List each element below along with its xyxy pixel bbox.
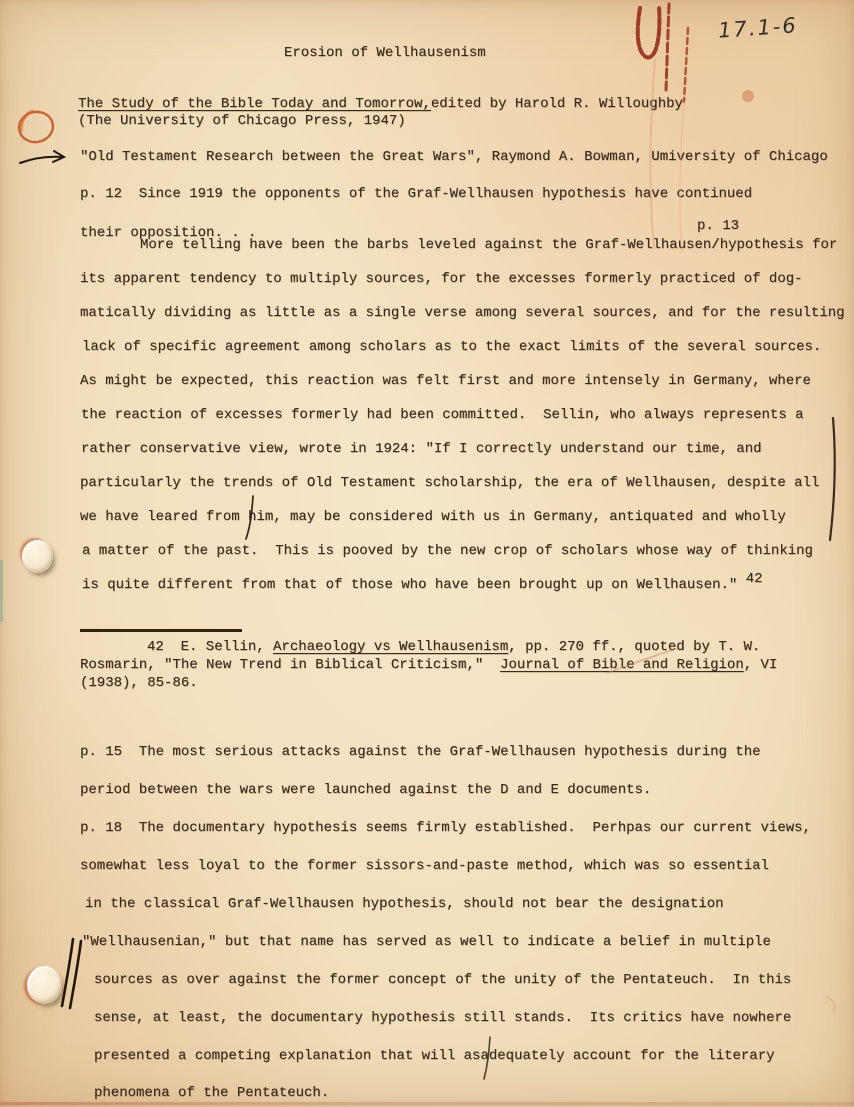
footnote-line2-pre: Rosmarin, "The New Trend in Biblical Cri… — [80, 657, 500, 673]
handwritten-arrow — [20, 151, 64, 163]
text-line: lack of specific agreement among scholar… — [82, 340, 821, 355]
footnote-line: Rosmarin, "The New Trend in Biblical Cri… — [80, 658, 777, 673]
text-line: More telling have been the barbs leveled… — [140, 238, 837, 253]
scan-edge-artifact — [0, 1102, 854, 1105]
text-line: particularly the trends of Old Testament… — [80, 476, 819, 491]
text-line: rather conservative view, wrote in 1924:… — [81, 442, 762, 457]
handwritten-page-number: 17.1-6 — [717, 13, 798, 43]
text-line: "Wellhausenian," but that name has serve… — [82, 935, 771, 950]
text-line: phenomena of the Pentateuch. — [94, 1086, 329, 1101]
red-circle-mark — [16, 109, 55, 145]
footnote-after-title: , pp. 270 ff., quoted by T. W. — [508, 639, 760, 655]
book-citation-line: The Study of the Bible Today and Tomorro… — [78, 97, 683, 112]
text-line: matically dividing as little as a single… — [80, 306, 845, 321]
text-line: presented a competing explanation that w… — [94, 1049, 775, 1064]
faint-ink-scratch — [826, 996, 835, 1013]
text-line: sources as over against the former conce… — [94, 973, 791, 988]
footnote-lead: 42 E. Sellin, — [147, 639, 273, 655]
book-editor: edited by Harold R. Willoughby — [431, 96, 683, 112]
punch-hole — [27, 966, 62, 1004]
footnote-reference: 42 — [746, 571, 763, 587]
text-line: As might be expected, this reaction was … — [80, 374, 811, 389]
book-title: The Study of the Bible Today and Tomorro… — [78, 96, 431, 112]
text-line: its apparent tendency to multiply source… — [80, 272, 803, 287]
footnote-line2-post: , VI — [744, 657, 778, 673]
footnote-journal-title: Journal of Bible and Religion — [500, 657, 744, 673]
text-line: p. 18 The documentary hypothesis seems f… — [80, 821, 811, 836]
margin-pen-line — [830, 418, 835, 540]
page12-note-line1: p. 12 Since 1919 the opponents of the Gr… — [80, 187, 752, 202]
scan-edge-artifact — [0, 560, 3, 622]
double-slash-mark — [62, 939, 81, 1008]
footnote-separator — [80, 629, 242, 632]
page13-label: p. 13 — [697, 219, 739, 234]
publisher-line: (The University of Chicago Press, 1947) — [78, 114, 406, 129]
scanned-document-page: 17.1-6 Erosion of Wellhausenism The Stud… — [0, 0, 854, 1107]
footnote-work-title: Archaeology vs Wellhausenism — [273, 639, 508, 655]
footnote-line: (1938), 85-86. — [80, 676, 198, 691]
footnote-line: 42 E. Sellin, Archaeology vs Wellhauseni… — [147, 640, 760, 655]
text-line: in the classical Graf-Wellhausen hypothe… — [85, 897, 724, 912]
article-citation-line: "Old Testament Research between the Grea… — [80, 150, 828, 165]
text-line: sense, at least, the documentary hypothe… — [94, 1011, 791, 1026]
text-line: period between the wars were launched ag… — [80, 783, 651, 798]
text-line: we have leared from him, may be consider… — [80, 510, 786, 525]
text-line: somewhat less loyal to the former sissor… — [80, 859, 769, 874]
quote-end: is quite different from that of those wh… — [82, 577, 746, 593]
text-line: p. 15 The most serious attacks against t… — [80, 745, 761, 760]
text-line: a matter of the past. This is pooved by … — [82, 544, 813, 559]
text-line: is quite different from that of those wh… — [82, 578, 763, 593]
text-line: the reaction of excesses formerly had be… — [81, 408, 804, 423]
page-title: Erosion of Wellhausenism — [284, 46, 486, 61]
punch-hole — [22, 540, 53, 573]
